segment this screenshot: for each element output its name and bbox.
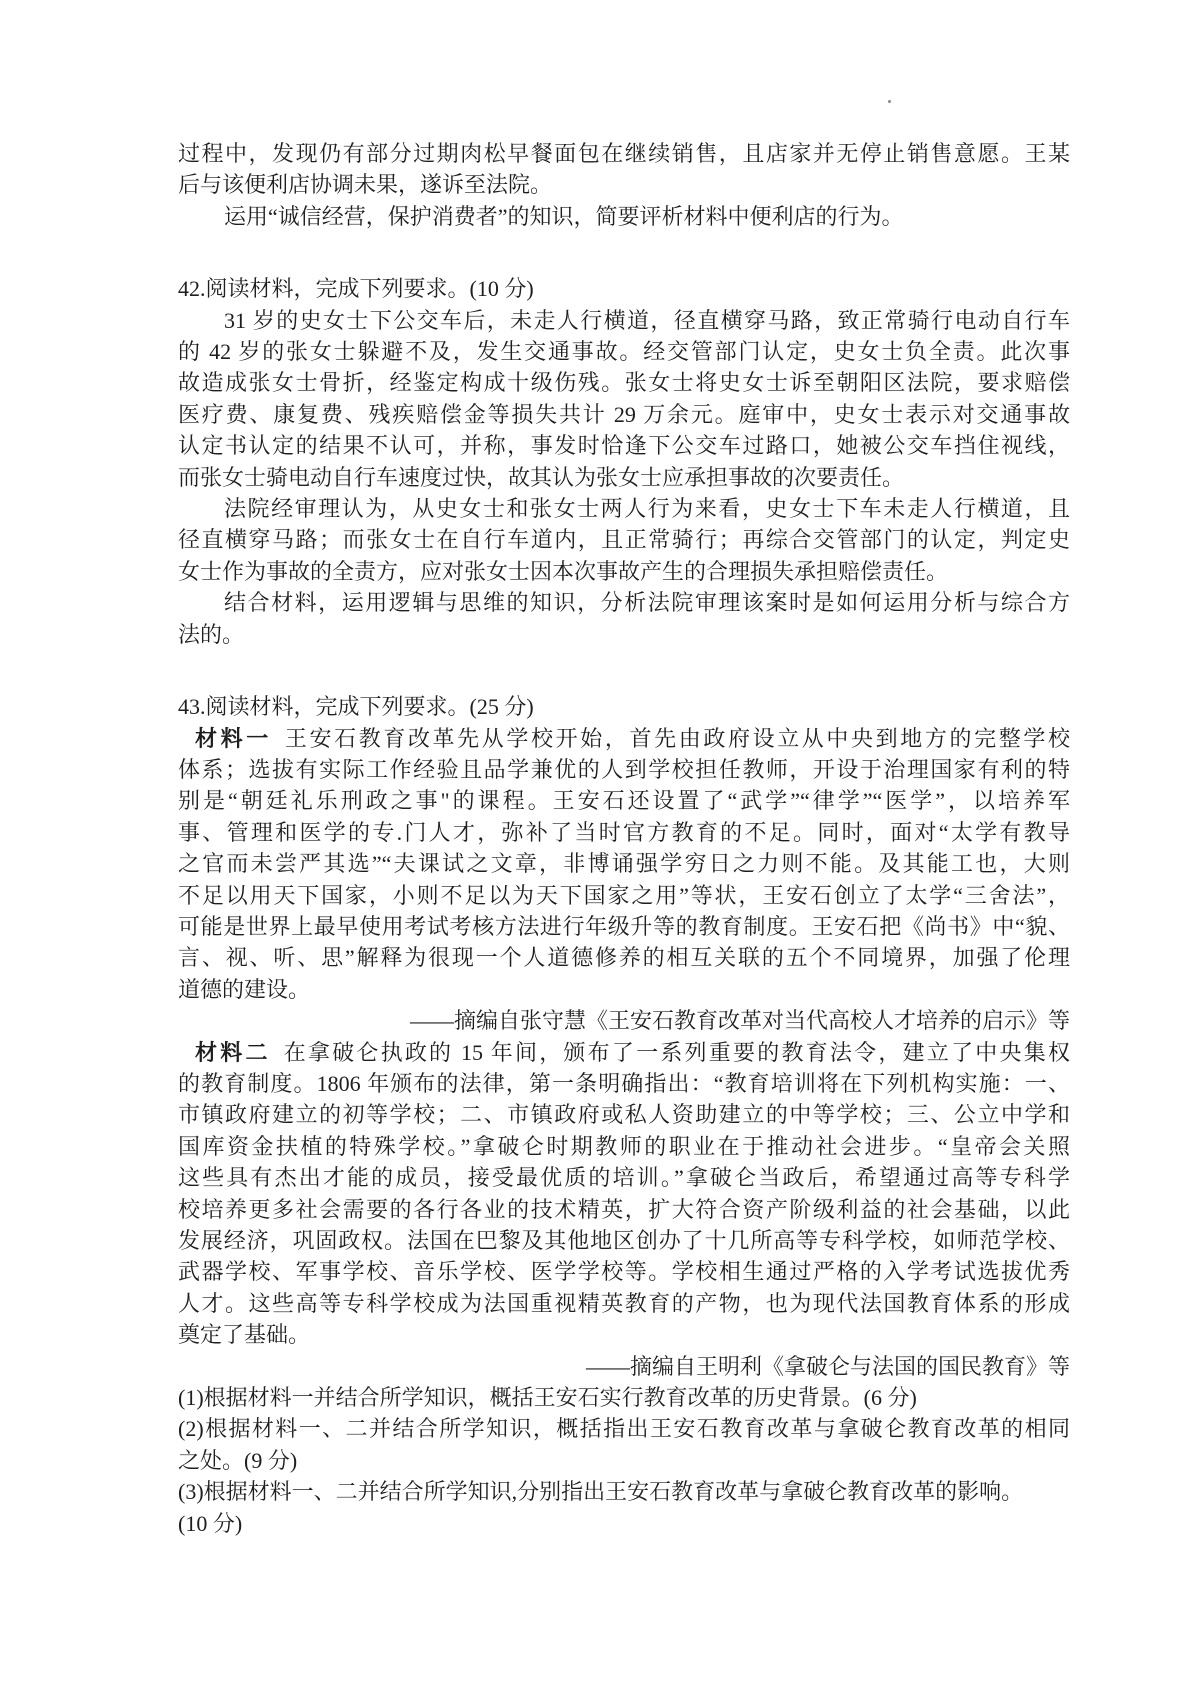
text-line: 的 42 岁的张女士躲避不及，发生交通事故。经交管部门认定，史女士负全责。此次事 — [178, 336, 1070, 367]
text-line: 事、管理和医学的专.门人才，弥补了当时官方教育的不足。同时，面对“太学有教导 — [178, 817, 1070, 848]
text-line: 国库资金扶植的特殊学校。”拿破仑时期教师的职业在于推动社会进步。“皇帝会关照 — [178, 1131, 1070, 1162]
text-line: 医疗费、康复费、残疾赔偿金等损失共计 29 万余元。庭审中，史女士表示对交通事故 — [178, 399, 1070, 430]
text-line: 而张女士骑电动自行车速度过快，故其认为张女士应承担事故的次要责任。 — [178, 462, 1070, 493]
stray-mark — [888, 100, 891, 103]
text-line: 故造成张女士骨折，经鉴定构成十级伤残。张女士将史女士诉至朝阳区法院，要求赔偿 — [178, 367, 1070, 398]
text-line: 材料二在拿破仑执政的 15 年间，颁布了一系列重要的教育法令，建立了中央集权 — [178, 1037, 1070, 1068]
text-line: 武器学校、军事学校、音乐学校、医学学校等。学校相生通过严格的入学考试选拔优秀 — [178, 1256, 1070, 1287]
text-line: 人才。这些高等专科学校成为法国重视精英教育的产物，也为现代法国教育体系的形成 — [178, 1288, 1070, 1319]
text-line: 校培养更多社会需要的各行各业的技术精英，扩大符合资产阶级利益的社会基础，以此 — [178, 1194, 1070, 1225]
text-line: ——摘编自张守慧《王安石教育改革对当代高校人才培养的启示》等 — [178, 1005, 1070, 1036]
line-text: 王安石教育改革先从学校开始，首先由政府设立从中央到地方的完整学校 — [285, 726, 1070, 751]
text-line: (1)根据材料一并结合所学知识，概括王安石实行教育改革的历史背景。(6 分) — [178, 1382, 1070, 1413]
text-line: 43.阅读材料，完成下列要求。(25 分) — [178, 691, 1070, 722]
text-line: (3)根据材料一、二并结合所学知识,分别指出王安石教育改革与拿破仑教育改革的影响… — [178, 1476, 1070, 1507]
text-line: 发展经济，巩固政权。法国在巴黎及其他地区创办了十几所高等专科学校，如师范学校、 — [178, 1225, 1070, 1256]
text-line: 31 岁的史女士下公交车后，未走人行横道，径直横穿马路，致正常骑行电动自行车 — [178, 305, 1070, 336]
text-line: 体系；选拔有实际工作经验且品学兼优的人到学校担任教师，开设于治理国家有利的特 — [178, 754, 1070, 785]
text-line: 过程中，发现仍有部分过期肉松早餐面包在继续销售，且店家并无停止销售意愿。王某 — [178, 138, 1070, 169]
text-line: 市镇政府建立的初等学校；二、市镇政府或私人资助建立的中等学校；三、公立中学和 — [178, 1099, 1070, 1130]
text-line: (10 分) — [178, 1508, 1070, 1539]
text-line: 后与该便利店协调未果，遂诉至法院。 — [178, 169, 1070, 200]
text-line: 法院经审理认为，从史女士和张女士两人行为来看，史女士下车未走人行横道，且 — [178, 493, 1070, 524]
text-line: 之处。(9 分) — [178, 1445, 1070, 1476]
text-line: 结合材料，运用逻辑与思维的知识，分析法院审理该案时是如何运用分析与综合方 — [178, 587, 1070, 618]
text-line: 奠定了基础。 — [178, 1319, 1070, 1350]
text-line: 径直横穿马路；而张女士在自行车道内，且正常骑行；再综合交管部门的认定，判定史 — [178, 524, 1070, 555]
exam-page: 过程中，发现仍有部分过期肉松早餐面包在继续销售，且店家并无停止销售意愿。王某后与… — [0, 0, 1200, 1698]
text-line: 材料一王安石教育改革先从学校开始，首先由政府设立从中央到地方的完整学校 — [178, 723, 1070, 754]
document-body: 过程中，发现仍有部分过期肉松早餐面包在继续销售，且店家并无停止销售意愿。王某后与… — [178, 138, 1070, 1539]
text-line: ——摘编自王明利《拿破仑与法国的国民教育》等 — [178, 1351, 1070, 1382]
text-line: 言、视、听、思”解释为很现一个人道德修养的相互关联的五个不同境界，加强了伦理 — [178, 942, 1070, 973]
text-line: 42.阅读材料，完成下列要求。(10 分) — [178, 273, 1070, 304]
text-line: 法的。 — [178, 619, 1070, 650]
text-line: 女士作为事故的全责方，应对张女士因本次事故产生的合理损失承担赔偿责任。 — [178, 556, 1070, 587]
text-line: 之官而未尝严其选”“夫课试之文章，非博诵强学穷日之力则不能。及其能工也，大则 — [178, 848, 1070, 879]
text-line: 别是“朝廷礼乐刑政之事"的课程。王安石还设置了“武学”“律学”“医学”，以培养军 — [178, 785, 1070, 816]
text-line: 不足以用天下国家，小则不足以为天下国家之用”等状，王安石创立了太学“三舍法”， — [178, 880, 1070, 911]
text-line: 这些具有杰出才能的成员，接受最优质的培训。”拿破仑当政后，希望通过高等专科学 — [178, 1162, 1070, 1193]
text-line: 运用“诚信经营，保护消费者”的知识，简要评析材料中便利店的行为。 — [178, 201, 1070, 232]
text-line: 的教育制度。1806 年颁布的法律，第一条明确指出：“教育培训将在下列机构实施：… — [178, 1068, 1070, 1099]
text-line: 认定书认定的结果不认可，并称，事发时恰逢下公交车过路口，她被公交车挡住视线， — [178, 430, 1070, 461]
text-line: 可能是世界上最早使用考试考核方法进行年级升等的教育制度。王安石把《尚书》中“貌、 — [178, 911, 1070, 942]
text-line: 道德的建设。 — [178, 974, 1070, 1005]
text-line: (2)根据材料一、二并结合所学知识，概括指出王安石教育改革与拿破仑教育改革的相同 — [178, 1413, 1070, 1444]
line-text: 在拿破仑执政的 15 年间，颁布了一系列重要的教育法令，建立了中央集权 — [284, 1040, 1070, 1065]
material-label: 材料一 — [195, 726, 272, 751]
material-label: 材料二 — [195, 1040, 271, 1065]
